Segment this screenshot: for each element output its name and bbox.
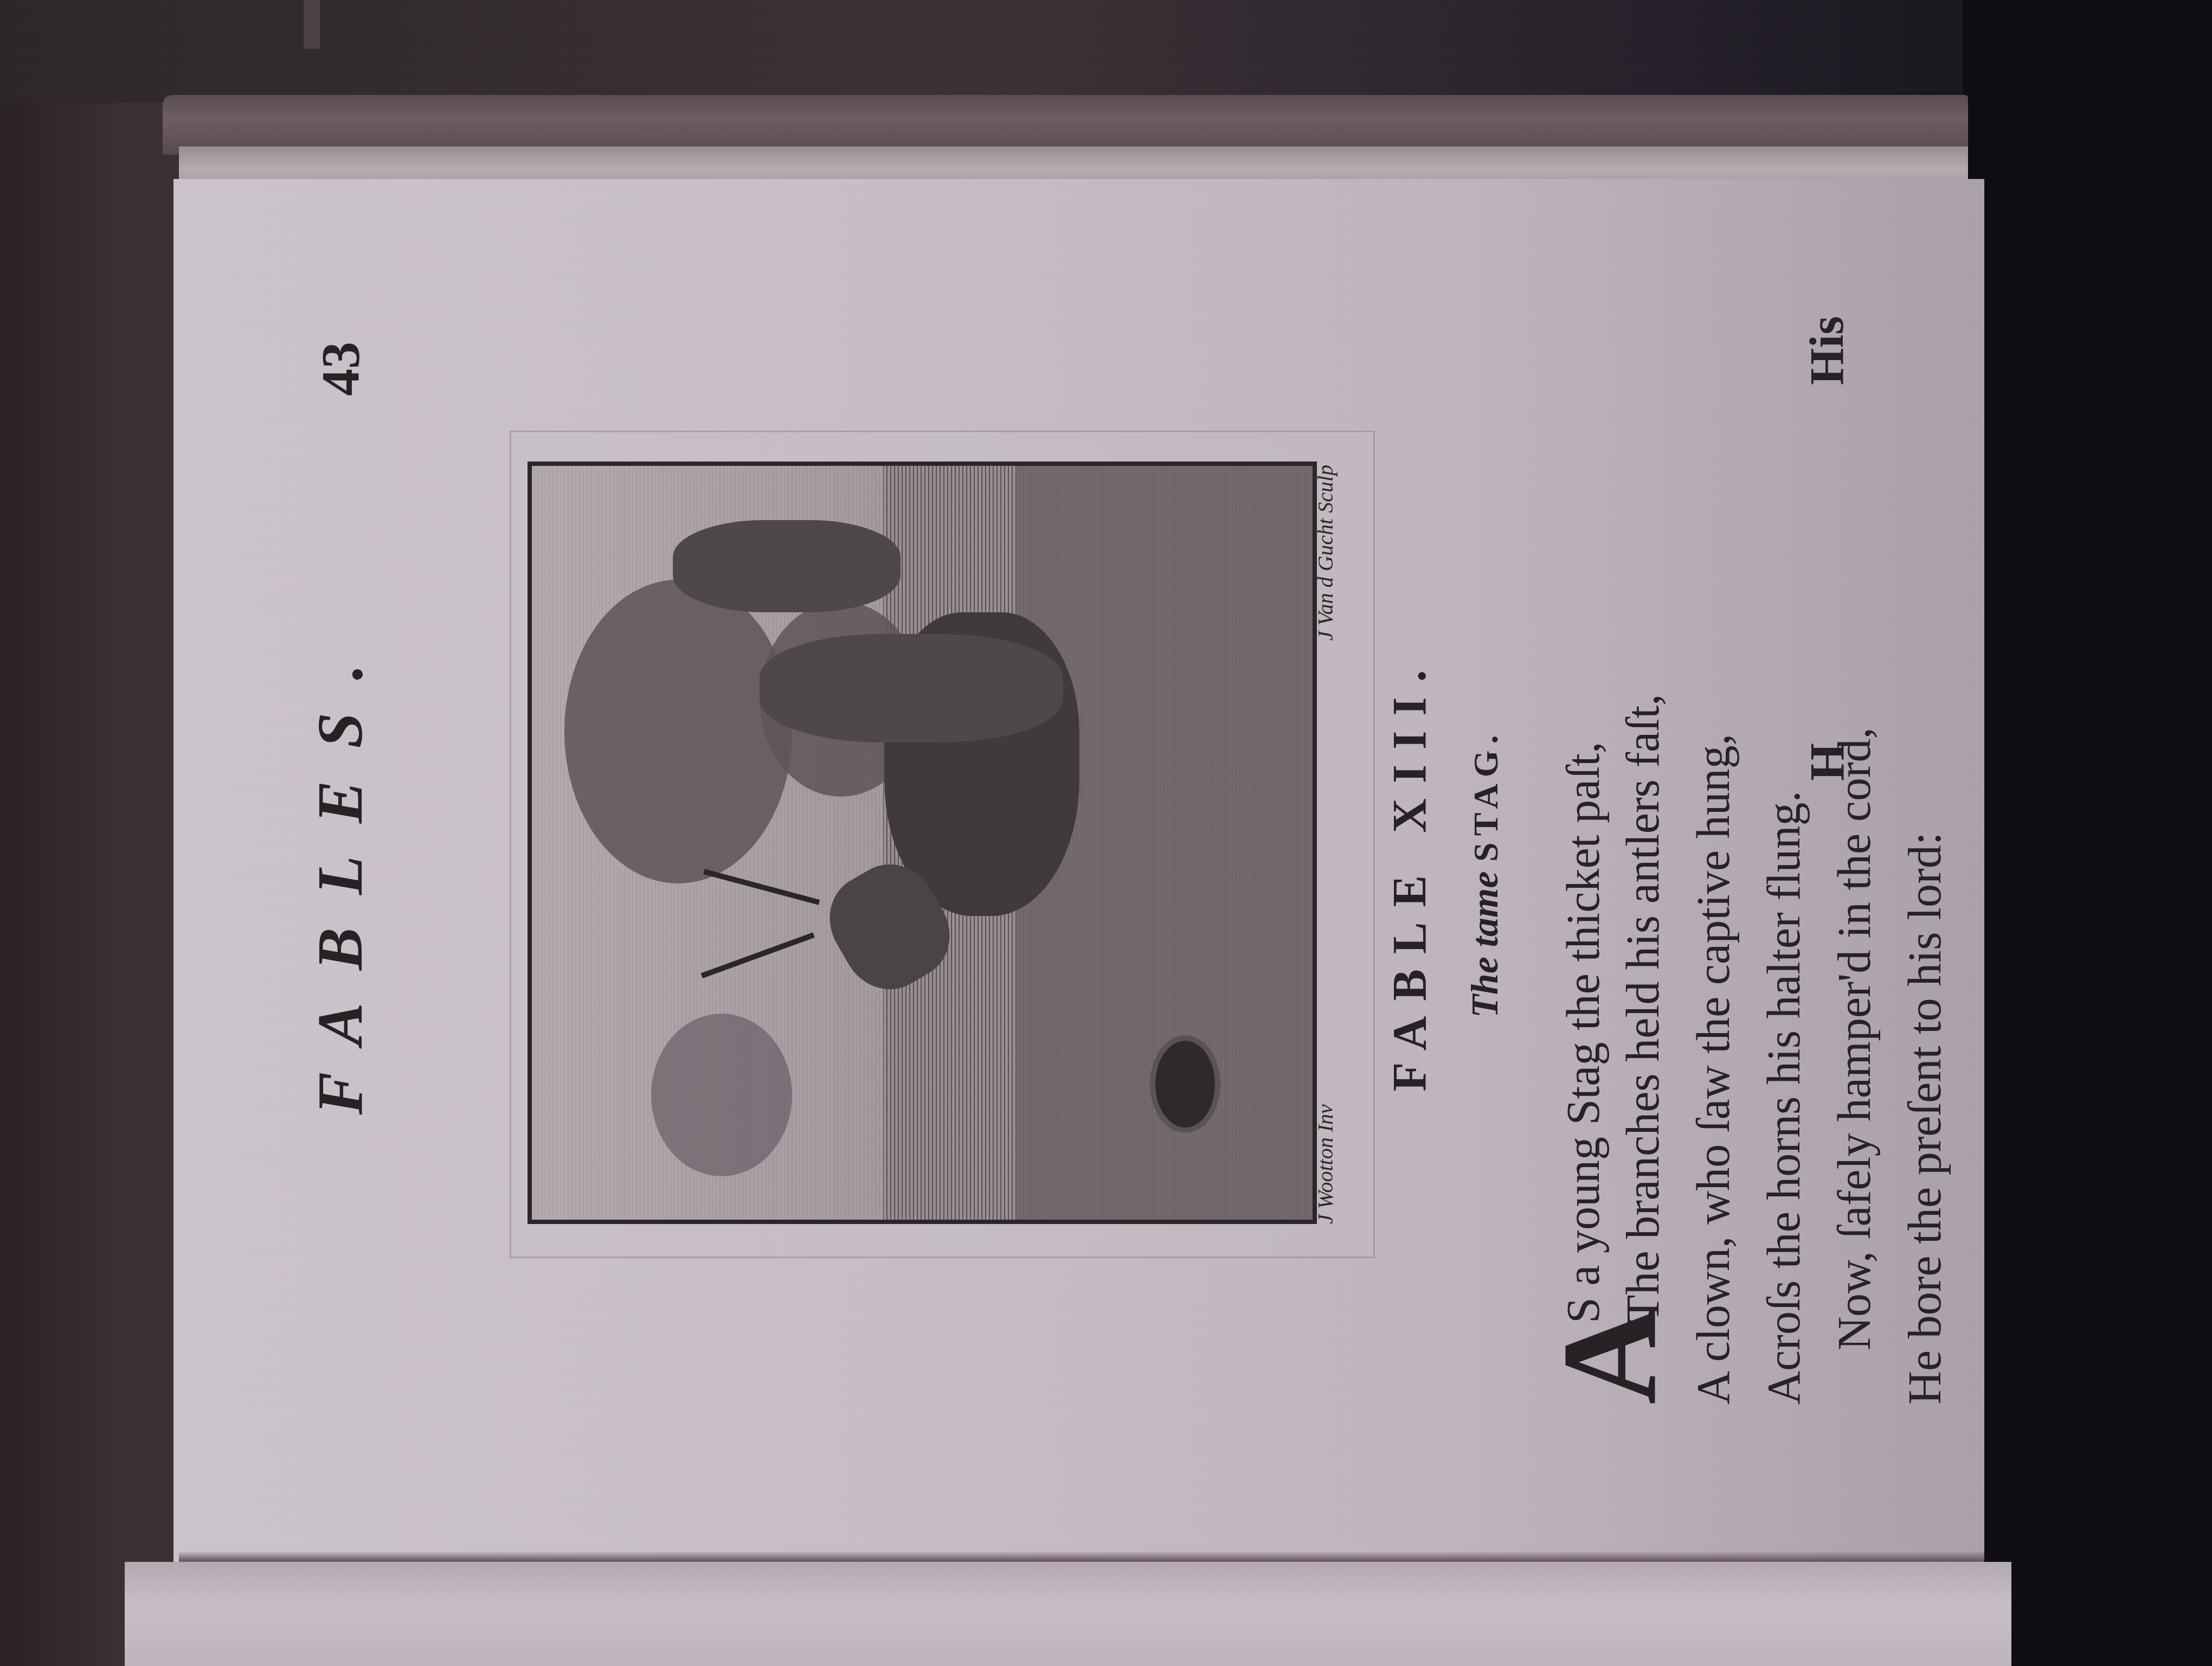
hat xyxy=(1150,1035,1220,1133)
fable-title-smallcaps: STAG. xyxy=(1467,728,1505,862)
verse-line: A clown, who ſaw the captive hung, xyxy=(1686,734,1740,1405)
verse-line: S a young Stag the thicket paſt, xyxy=(1556,742,1610,1323)
fable-heading: FABLE XIII. xyxy=(1382,179,1437,1567)
book-page: FABLES. 43 J Wootton Inv J Van d Gucht S… xyxy=(173,179,1984,1567)
background-right xyxy=(1963,0,2212,1666)
signature-mark: H xyxy=(1800,743,1856,781)
engraving-credit-inventor: J Wootton Inv xyxy=(1313,1104,1338,1224)
boy-figure xyxy=(673,520,901,612)
engraving-tree-foliage xyxy=(564,580,792,883)
catchword: His xyxy=(1800,316,1855,385)
background-left xyxy=(0,0,179,1666)
book-cover-edge xyxy=(163,95,1968,155)
fable-title: The tame STAG. xyxy=(1464,179,1507,1567)
facing-page xyxy=(125,1562,2011,1666)
engraving-plate: J Wootton Inv J Van d Gucht Sculp xyxy=(510,431,1375,1258)
engraving-shrub xyxy=(651,1014,792,1176)
verse-line: The branches held his antlers faſt, xyxy=(1616,694,1670,1323)
page-content: FABLES. 43 J Wootton Inv J Van d Gucht S… xyxy=(173,179,1984,1567)
verse-line: Acroſs the horns his halter flung. xyxy=(1757,791,1811,1405)
verse-line: He bore the preſent to his lord: xyxy=(1898,832,1952,1405)
fable-title-italic: The tame xyxy=(1464,871,1506,1017)
man-figure xyxy=(760,634,1063,742)
running-head: FABLES. 43 xyxy=(304,179,390,1567)
background-stand-post xyxy=(304,0,320,49)
engraving-credit-engraver: J Van d Gucht Sculp xyxy=(1313,465,1338,640)
background-top xyxy=(0,0,2212,103)
verse-line: Now, ſafely hamper'd in the cord, xyxy=(1827,727,1881,1350)
page-number: 43 xyxy=(309,342,371,396)
engraving-illustration xyxy=(528,462,1317,1224)
